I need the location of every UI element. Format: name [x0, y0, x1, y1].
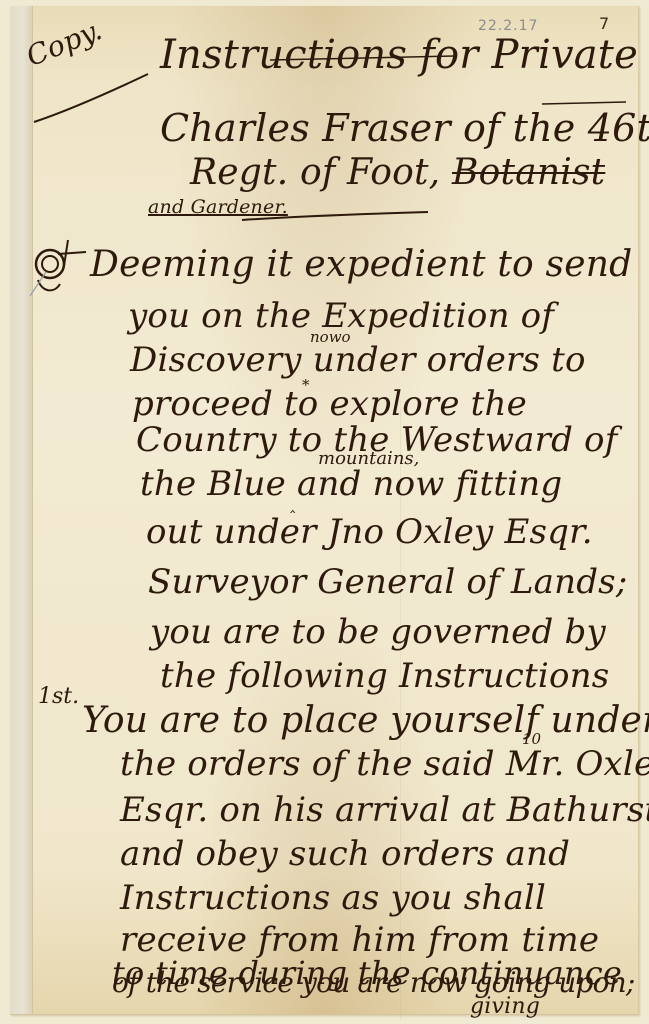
intro-line-4: proceed to explore the [132, 384, 527, 424]
first-line-1: You are to place yourself under [82, 700, 649, 741]
first-line-3: Esqr. on his arrival at Bathurst, [120, 790, 649, 830]
copy-underline-flourish-icon [30, 70, 150, 130]
first-line-5: Instructions as you shall [120, 878, 546, 918]
intro-line-1: Deeming it expedient to send [90, 244, 632, 285]
intro-line-7: out under Jno Oxley Esqr. [146, 512, 593, 552]
intro-line-6: the Blue and now fitting [140, 464, 562, 504]
paragraph-number-first: 1st. [38, 684, 79, 709]
binding-guard-strip [10, 6, 33, 1014]
heading-overline-flourish-icon [268, 52, 458, 64]
intro-line-10: the following Instructions [160, 656, 609, 696]
first-line-2: the orders of the said Mr. Oxley [120, 744, 649, 784]
first-line-4: and obey such orders and [120, 834, 570, 874]
first-line-8: of the service you are now going upon; [112, 966, 635, 999]
heading-line-2: Charles Fraser of the 46th. [160, 106, 649, 150]
scanned-manuscript-page: 22.2.17 7 Copy. Instructions for Private… [0, 0, 649, 1024]
heading-line-3: Regt. of Foot, Botanist [190, 152, 605, 193]
heading-double-underline-icon [240, 210, 430, 224]
heading-struck-botanist: Botanist [452, 152, 605, 193]
section-mark-flourish-icon [28, 236, 92, 300]
insertion-caret-mark: ‸ [290, 494, 295, 513]
catchword-giving: giving [470, 994, 540, 1019]
intro-line-8: Surveyor General of Lands; [148, 562, 628, 602]
page-number: 7 [599, 14, 609, 33]
intro-line-9: you are to be governed by [150, 612, 606, 652]
heading-regiment-text: Regt. of Foot, [190, 152, 440, 193]
intro-line-3: Discovery under orders to [130, 340, 586, 380]
